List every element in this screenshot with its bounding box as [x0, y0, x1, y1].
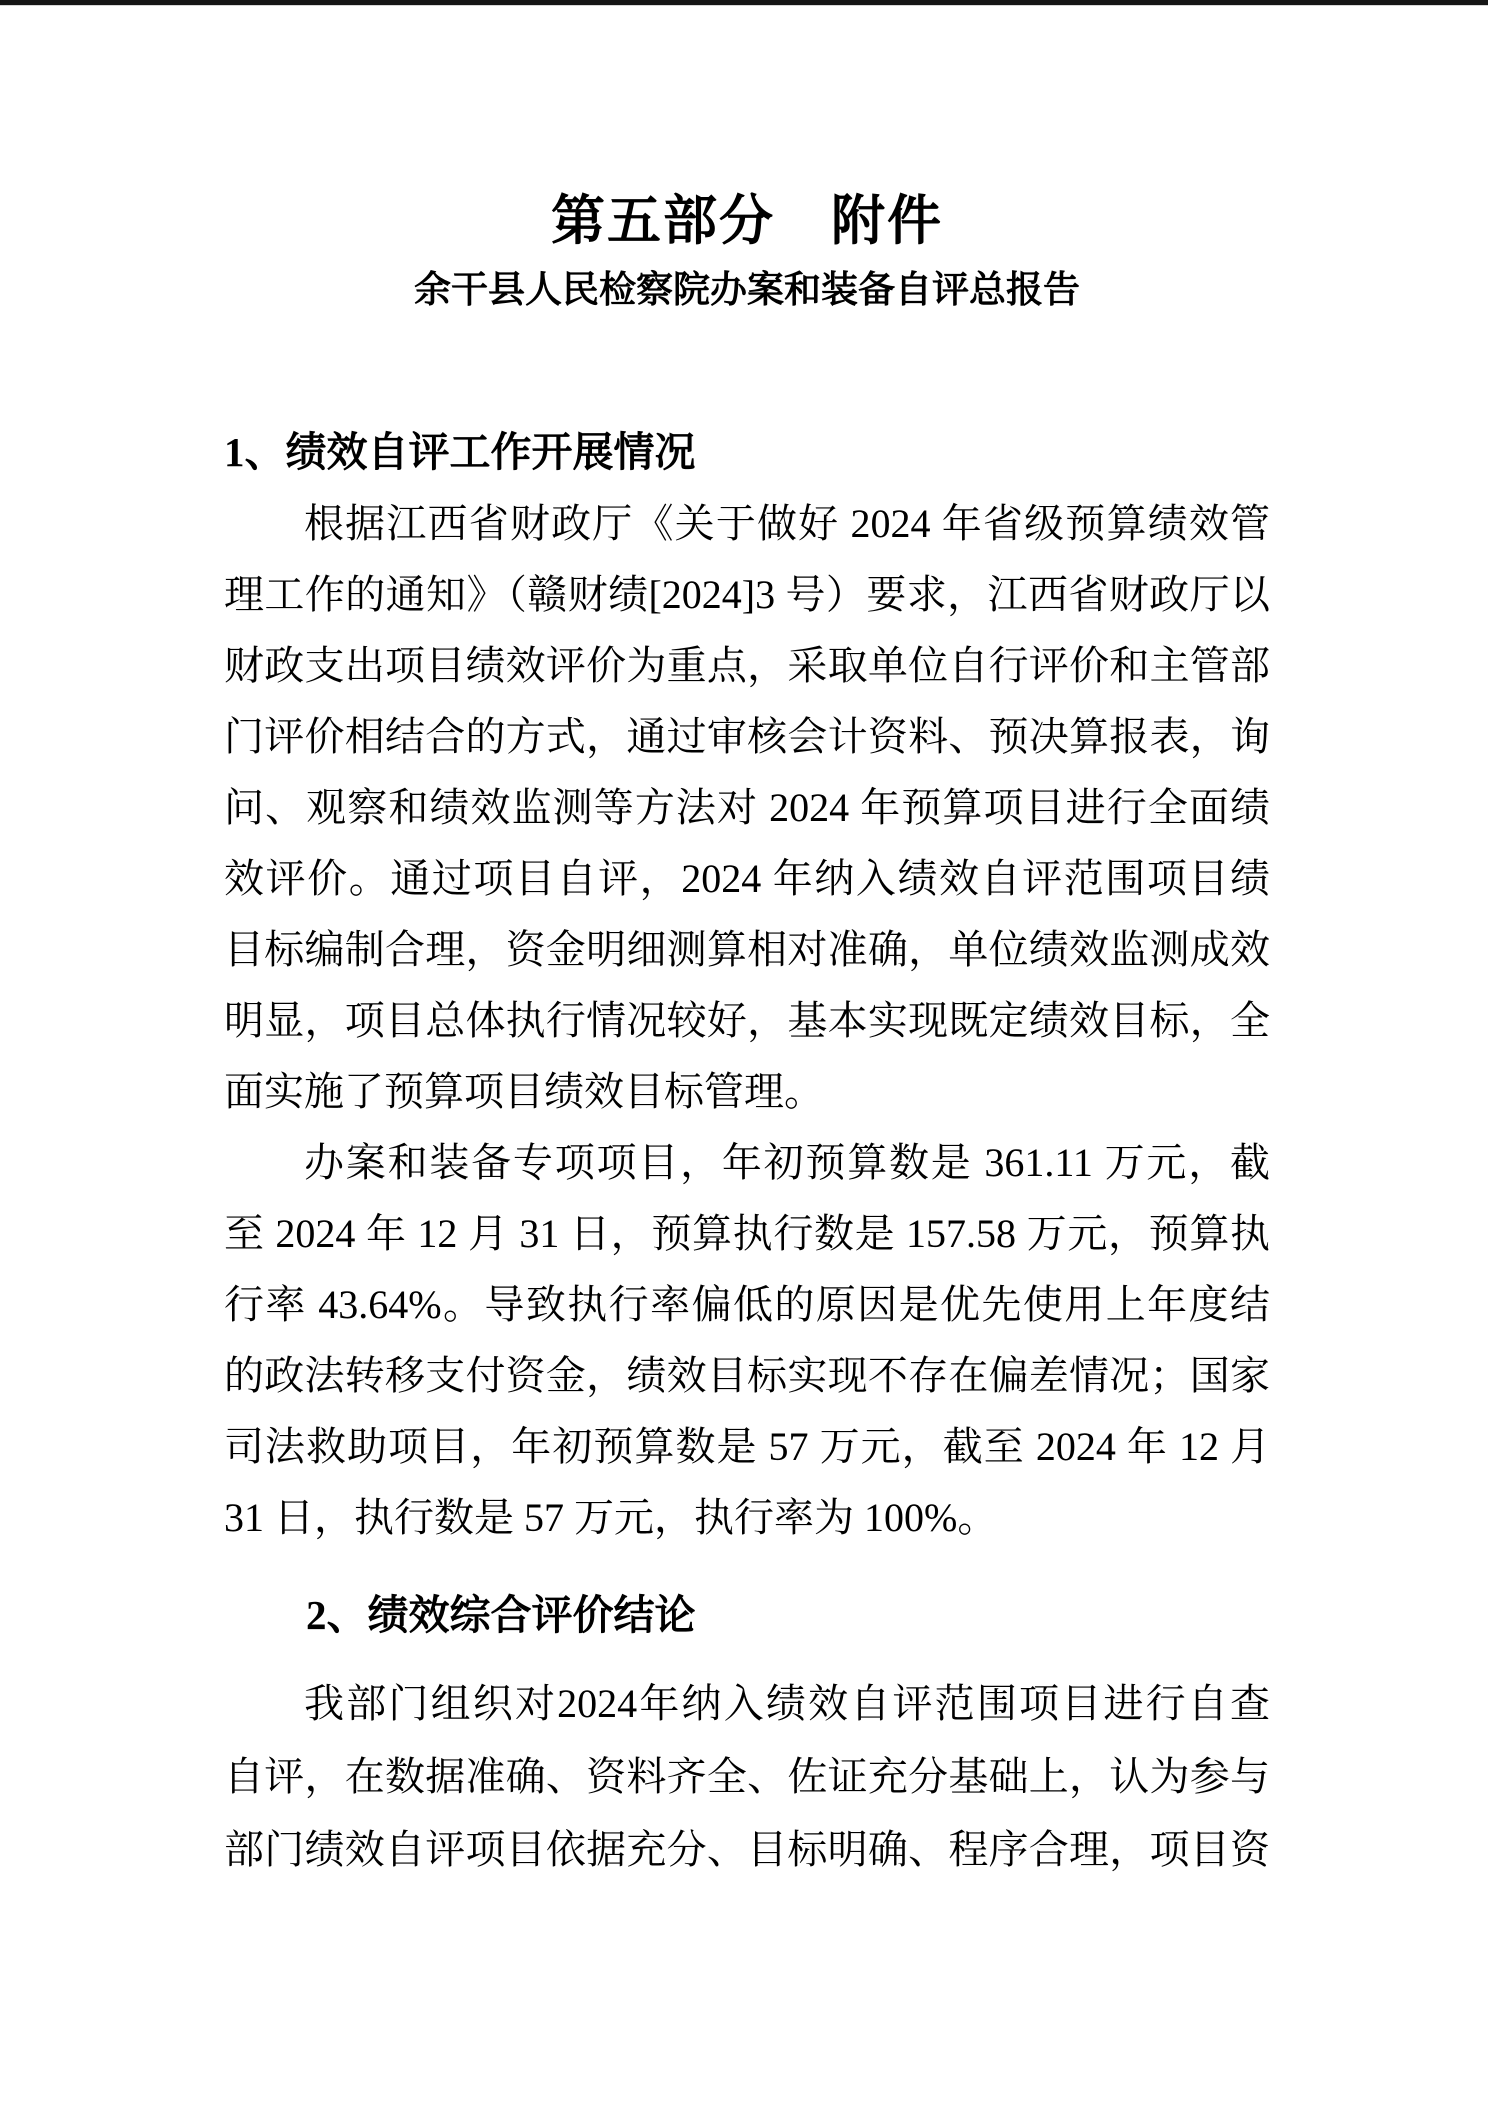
paragraph-line: 面实施了预算项目绩效目标管理。 [224, 1056, 1270, 1127]
paragraph-line: 问、观察和绩效监测等方法对 2024 年预算项目进行全面绩 [224, 772, 1270, 843]
paragraph-line: 司法救助项目，年初预算数是 57 万元，截至 2024 年 12 月 [224, 1411, 1270, 1482]
paragraph-3: 我部门组织对2024年纳入绩效自评范围项目进行自查 自评，在数据准确、资料齐全、… [224, 1667, 1270, 1886]
document-content: 第五部分 附件 余干县人民检察院办案和装备自评总报告 1、绩效自评工作开展情况 … [224, 0, 1270, 1886]
paragraph-line: 自评，在数据准确、资料齐全、佐证充分基础上，认为参与 [224, 1740, 1270, 1813]
paragraph-line: 明显，项目总体执行情况较好，基本实现既定绩效目标，全 [224, 985, 1270, 1056]
paragraph-2: 办案和装备专项项目，年初预算数是 361.11 万元，截 至 2024 年 12… [224, 1127, 1270, 1553]
paragraph-line: 我部门组织对2024年纳入绩效自评范围项目进行自查 [224, 1667, 1270, 1740]
paragraph-line: 财政支出项目绩效评价为重点，采取单位自行评价和主管部 [224, 630, 1270, 701]
paragraph-line: 31 日，执行数是 57 万元，执行率为 100%。 [224, 1482, 1270, 1553]
paragraph-line: 根据江西省财政厅《关于做好 2024 年省级预算绩效管 [224, 488, 1270, 559]
paragraph-line: 理工作的通知》（赣财绩[2024]3 号）要求，江西省财政厅以 [224, 559, 1270, 630]
page-subtitle: 余干县人民检察院办案和装备自评总报告 [224, 268, 1270, 314]
paragraph-line: 效评价。通过项目自评，2024 年纳入绩效自评范围项目绩效 [224, 843, 1270, 914]
section-1-heading: 1、绩效自评工作开展情况 [224, 424, 1270, 480]
paragraph-1: 根据江西省财政厅《关于做好 2024 年省级预算绩效管 理工作的通知》（赣财绩[… [224, 488, 1270, 1127]
section-2-heading: 2、绩效综合评价结论 [224, 1585, 1270, 1645]
paragraph-line: 门评价相结合的方式，通过审核会计资料、预决算报表，询 [224, 701, 1270, 772]
paragraph-line: 部门绩效自评项目依据充分、目标明确、程序合理，项目资 [224, 1813, 1270, 1886]
document-page: 第五部分 附件 余干县人民检察院办案和装备自评总报告 1、绩效自评工作开展情况 … [0, 0, 1488, 2104]
paragraph-line: 的政法转移支付资金，绩效目标实现不存在偏差情况；国家 [224, 1340, 1270, 1411]
paragraph-line: 至 2024 年 12 月 31 日，预算执行数是 157.58 万元，预算执 [224, 1198, 1270, 1269]
page-title: 第五部分 附件 [224, 190, 1270, 252]
paragraph-line: 目标编制合理，资金明细测算相对准确，单位绩效监测成效 [224, 914, 1270, 985]
paragraph-line: 办案和装备专项项目，年初预算数是 361.11 万元，截 [224, 1127, 1270, 1198]
paragraph-line: 行率 43.64%。导致执行率偏低的原因是优先使用上年度结转 [224, 1269, 1270, 1340]
